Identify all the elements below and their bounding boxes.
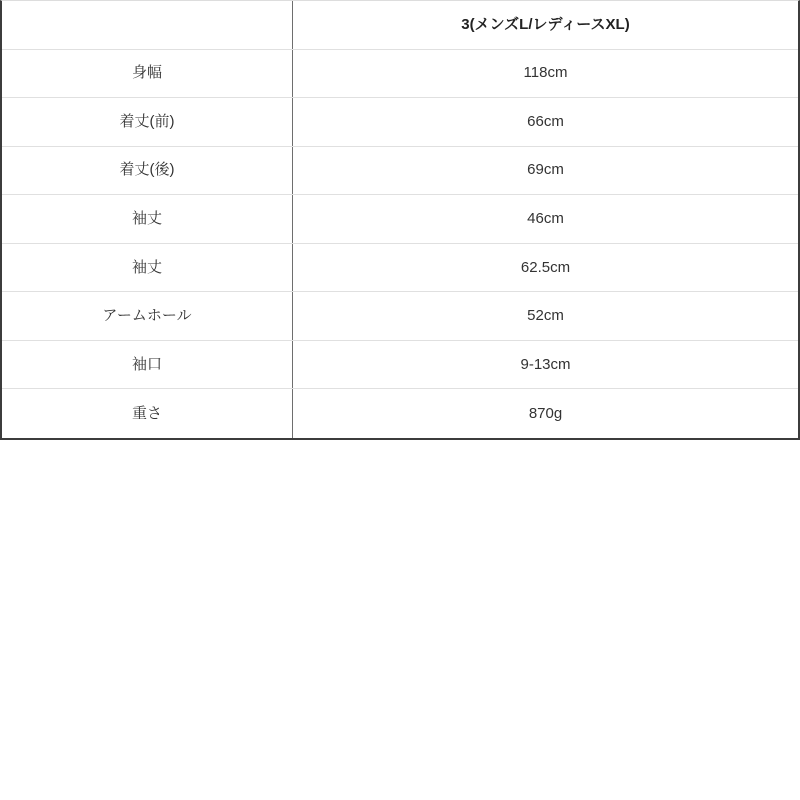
measurement-value: 870g — [293, 389, 798, 438]
measurement-label: 袖口 — [2, 341, 293, 389]
table-row: 袖口9-13cm — [2, 341, 798, 390]
measurement-value: 46cm — [293, 195, 798, 243]
page: 3(メンズL/レディースXL) 身幅118cm着丈(前)66cm着丈(後)69c… — [0, 0, 800, 800]
table-row: 身幅118cm — [2, 50, 798, 99]
measurement-value: 118cm — [293, 50, 798, 98]
measurement-label: 袖丈 — [2, 244, 293, 292]
table-header-row: 3(メンズL/レディースXL) — [2, 1, 798, 50]
measurement-value: 9-13cm — [293, 341, 798, 389]
measurement-label: 身幅 — [2, 50, 293, 98]
measurement-label: 着丈(前) — [2, 98, 293, 146]
measurement-label: 着丈(後) — [2, 147, 293, 195]
measurement-label: アームホール — [2, 292, 293, 340]
size-chart-table: 3(メンズL/レディースXL) 身幅118cm着丈(前)66cm着丈(後)69c… — [0, 0, 800, 440]
table-row: 袖丈46cm — [2, 195, 798, 244]
table-row: 重さ870g — [2, 389, 798, 438]
measurement-value: 52cm — [293, 292, 798, 340]
table-row: アームホール52cm — [2, 292, 798, 341]
measurement-value: 69cm — [293, 147, 798, 195]
measurement-value: 62.5cm — [293, 244, 798, 292]
table-body: 身幅118cm着丈(前)66cm着丈(後)69cm袖丈46cm袖丈62.5cmア… — [2, 50, 798, 438]
table-row: 袖丈62.5cm — [2, 244, 798, 293]
table-row: 着丈(後)69cm — [2, 147, 798, 196]
table-row: 着丈(前)66cm — [2, 98, 798, 147]
measurement-label: 重さ — [2, 389, 293, 438]
measurement-value: 66cm — [293, 98, 798, 146]
header-empty-cell — [2, 1, 293, 49]
measurement-label: 袖丈 — [2, 195, 293, 243]
size-column-header: 3(メンズL/レディースXL) — [293, 1, 798, 49]
